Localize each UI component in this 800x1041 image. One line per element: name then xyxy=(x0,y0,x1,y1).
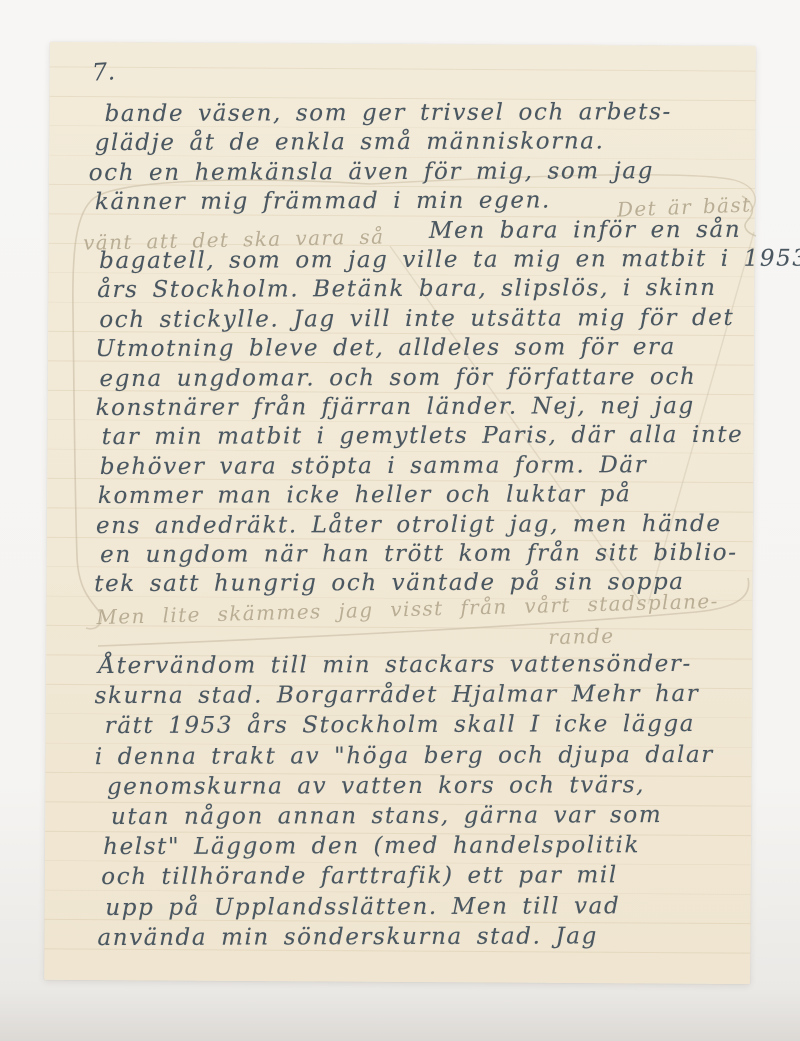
ink-line: behöver vara stöpta i samma form. Där xyxy=(100,452,648,480)
ink-line: bande väsen, som ger trivsel och arbets- xyxy=(105,99,672,127)
ink-line: Men bara inför en sån xyxy=(429,216,741,243)
ink-line: ens andedräkt. Låter otroligt jag, men h… xyxy=(96,510,722,538)
ink-line: helst" Läggom den (med handelspolitik xyxy=(103,832,640,860)
ink-line: en ungdom när han trött kom från sitt bi… xyxy=(100,540,738,568)
ink-line: i denna trakt av "höga berg och djupa da… xyxy=(95,741,714,769)
ink-line: och tillhörande farttrafik) ett par mil xyxy=(101,863,618,891)
photo-background: 7. bande väsen, som ger trivsel och arbe… xyxy=(0,0,800,1041)
ink-line: upp på Upplandsslätten. Men till vad xyxy=(105,893,620,921)
ink-line: konstnärer från fjärran länder. Nej, nej… xyxy=(96,393,695,421)
ink-line: skurna stad. Borgarrådet Hjalmar Mehr ha… xyxy=(95,681,700,709)
ink-line: Återvändom till min stackars vattensönde… xyxy=(98,651,691,679)
ink-line: kommer man icke heller och luktar på xyxy=(98,481,631,509)
ink-line: använda min sönderskurna stad. Jag xyxy=(97,923,598,951)
pencil-note: rande xyxy=(548,624,615,649)
ink-line: och stickylle. Jag vill inte utsätta mig… xyxy=(99,305,734,333)
ink-line: och en hemkänsla även för mig, som jag xyxy=(89,158,654,186)
ink-line: tar min matbit i gemytlets Paris, där al… xyxy=(102,422,744,450)
ink-line: rätt 1953 års Stockholm skall I icke läg… xyxy=(105,711,695,739)
ink-line: egna ungdomar. och som för författare oc… xyxy=(99,364,696,392)
manuscript-text: bande väsen, som ger trivsel och arbets-… xyxy=(0,0,800,1041)
ink-line: känner mig främmad i min egen. xyxy=(95,188,551,216)
ink-line: Utmotning bleve det, alldeles som för er… xyxy=(95,334,676,362)
ink-line: glädje åt de enkla små människorna. xyxy=(95,129,605,157)
ink-line: genomskurna av vatten kors och tvärs, xyxy=(107,772,645,800)
ink-line: års Stockholm. Betänk bara, slipslös, i … xyxy=(97,275,716,303)
ink-line: utan någon annan stans, gärna var som xyxy=(111,802,662,830)
